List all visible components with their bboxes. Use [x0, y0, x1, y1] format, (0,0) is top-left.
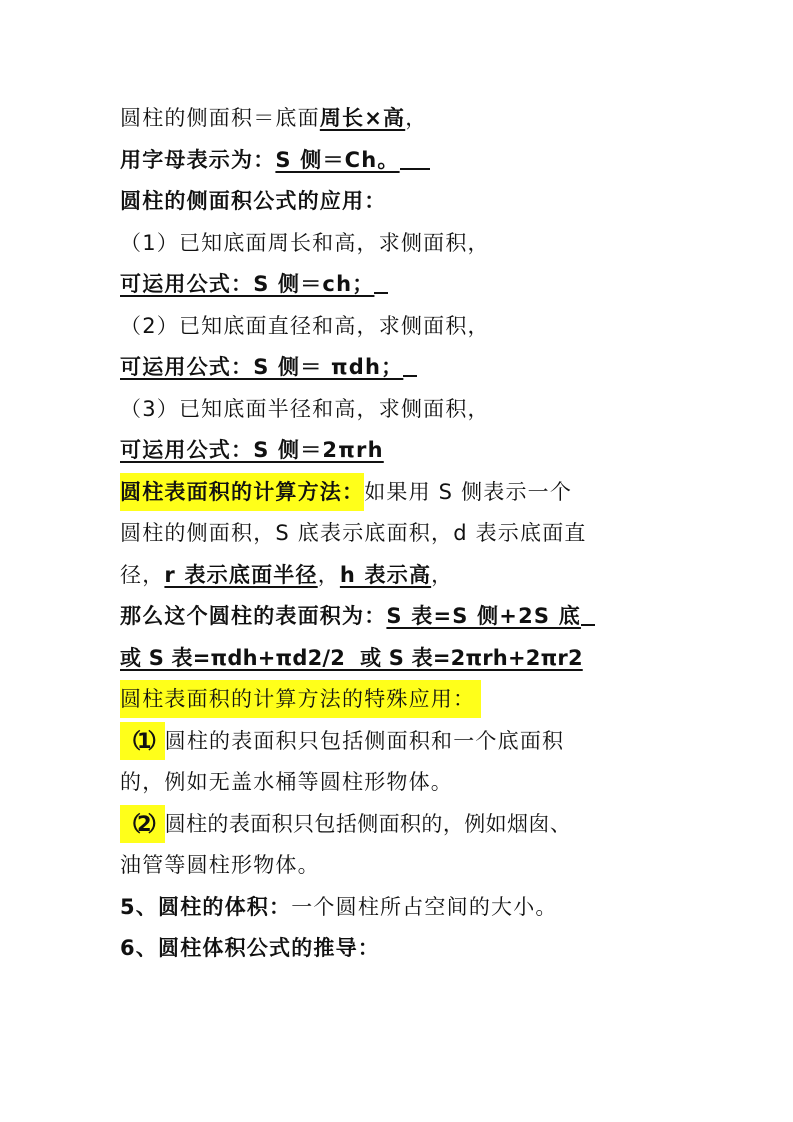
- term: 圆柱的体积：: [158, 895, 291, 919]
- line-surface-area-formula-alt: 或 S 表=πdh+πd2/2 或 S 表=2πrh+2πr2: [120, 638, 640, 680]
- formula-underlined: S 侧＝Ch。: [275, 148, 399, 172]
- text: 用字母表示为：: [120, 148, 275, 172]
- line-lateral-area-definition: 圆柱的侧面积＝底面周长×高，: [120, 98, 640, 140]
- formula-underlined: 可运用公式：S 侧＝2πrh: [120, 438, 384, 462]
- formula-underlined: 可运用公式：S 侧＝ch；: [120, 272, 374, 296]
- formula-underlined: S 表=S 侧+2S 底: [386, 604, 581, 628]
- heading-volume-derivation: 6、圆柱体积公式的推导：: [120, 928, 640, 970]
- text: （2）已知底面直径和高，求侧面积，: [120, 314, 490, 338]
- document-page: 圆柱的侧面积＝底面周长×高， 用字母表示为：S 侧＝Ch。 圆柱的侧面积公式的应…: [120, 98, 640, 970]
- line-formula-3: 可运用公式：S 侧＝2πrh: [120, 430, 640, 472]
- heading-formula-application: 圆柱的侧面积公式的应用：: [120, 181, 640, 223]
- text: ，: [318, 563, 340, 587]
- underline-pad: [581, 596, 595, 626]
- highlighted-marker: （1）: [120, 722, 165, 760]
- underlined-term: h 表示高: [340, 563, 431, 587]
- text: 径，: [120, 563, 164, 587]
- text: ，: [405, 106, 427, 130]
- text: 6、圆柱体积公式的推导：: [120, 936, 380, 960]
- formula-underlined: 可运用公式：S 侧＝ πdh；: [120, 355, 403, 379]
- line-volume-definition: 5、圆柱的体积：一个圆柱所占空间的大小。: [120, 887, 640, 929]
- text: 圆柱的表面积只包括侧面积的，例如烟囱、: [165, 812, 572, 836]
- text: 那么这个圆柱的表面积为：: [120, 604, 386, 628]
- underline-pad: [374, 264, 388, 294]
- highlighted-heading: 圆柱表面积的计算方法的特殊应用：: [120, 680, 481, 718]
- line-formula-1: 可运用公式：S 侧＝ch；: [120, 264, 640, 306]
- line-special-application: 圆柱表面积的计算方法的特殊应用：: [120, 679, 640, 721]
- text: 如果用 S 侧表示一个: [364, 480, 572, 504]
- line-surface-area-formula: 那么这个圆柱的表面积为：S 表=S 侧+2S 底: [120, 596, 640, 638]
- text: （3）已知底面半径和高，求侧面积，: [120, 397, 490, 421]
- line-special-case-2: （2）圆柱的表面积只包括侧面积的，例如烟囱、: [120, 804, 640, 846]
- text: 圆柱的侧面积＝底面: [120, 106, 320, 130]
- text: 油管等圆柱形物体。: [120, 853, 320, 877]
- line-special-case-2-cont: 油管等圆柱形物体。: [120, 845, 640, 887]
- line-surface-area-method: 圆柱表面积的计算方法：如果用 S 侧表示一个: [120, 472, 640, 514]
- highlighted-heading: 圆柱表面积的计算方法：: [120, 473, 364, 511]
- text: 的，例如无盖水桶等圆柱形物体。: [120, 770, 453, 794]
- text: 圆柱的侧面积，S 底表示底面积，d 表示底面直: [120, 521, 587, 545]
- text: 圆柱的表面积只包括侧面积和一个底面积: [165, 729, 565, 753]
- line-case-1: （1）已知底面周长和高，求侧面积，: [120, 223, 640, 265]
- underlined-term: r 表示底面半径: [164, 563, 317, 587]
- line-case-3: （3）已知底面半径和高，求侧面积，: [120, 389, 640, 431]
- underlined-term: 周长×高: [320, 106, 405, 130]
- line-special-case-1-cont: 的，例如无盖水桶等圆柱形物体。: [120, 762, 640, 804]
- text: （1）已知底面周长和高，求侧面积，: [120, 231, 490, 255]
- formula-underlined: 或 S 表=πdh+πd2/2 或 S 表=2πrh+2πr2: [120, 646, 583, 670]
- highlighted-marker: （2）: [120, 805, 165, 843]
- line-surface-area-vars: 圆柱的侧面积，S 底表示底面积，d 表示底面直: [120, 513, 640, 555]
- underline-pad: [403, 347, 417, 377]
- line-letter-formula: 用字母表示为：S 侧＝Ch。: [120, 140, 640, 182]
- text: 圆柱的侧面积公式的应用：: [120, 189, 386, 213]
- text: ，: [431, 563, 453, 587]
- line-special-case-1: （1）圆柱的表面积只包括侧面积和一个底面积: [120, 721, 640, 763]
- section-number: 5、: [120, 895, 158, 919]
- line-surface-area-vars-cont: 径，r 表示底面半径，h 表示高，: [120, 555, 640, 597]
- line-case-2: （2）已知底面直径和高，求侧面积，: [120, 306, 640, 348]
- text: 一个圆柱所占空间的大小。: [291, 895, 557, 919]
- line-formula-2: 可运用公式：S 侧＝ πdh；: [120, 347, 640, 389]
- underline-pad: [400, 140, 430, 170]
